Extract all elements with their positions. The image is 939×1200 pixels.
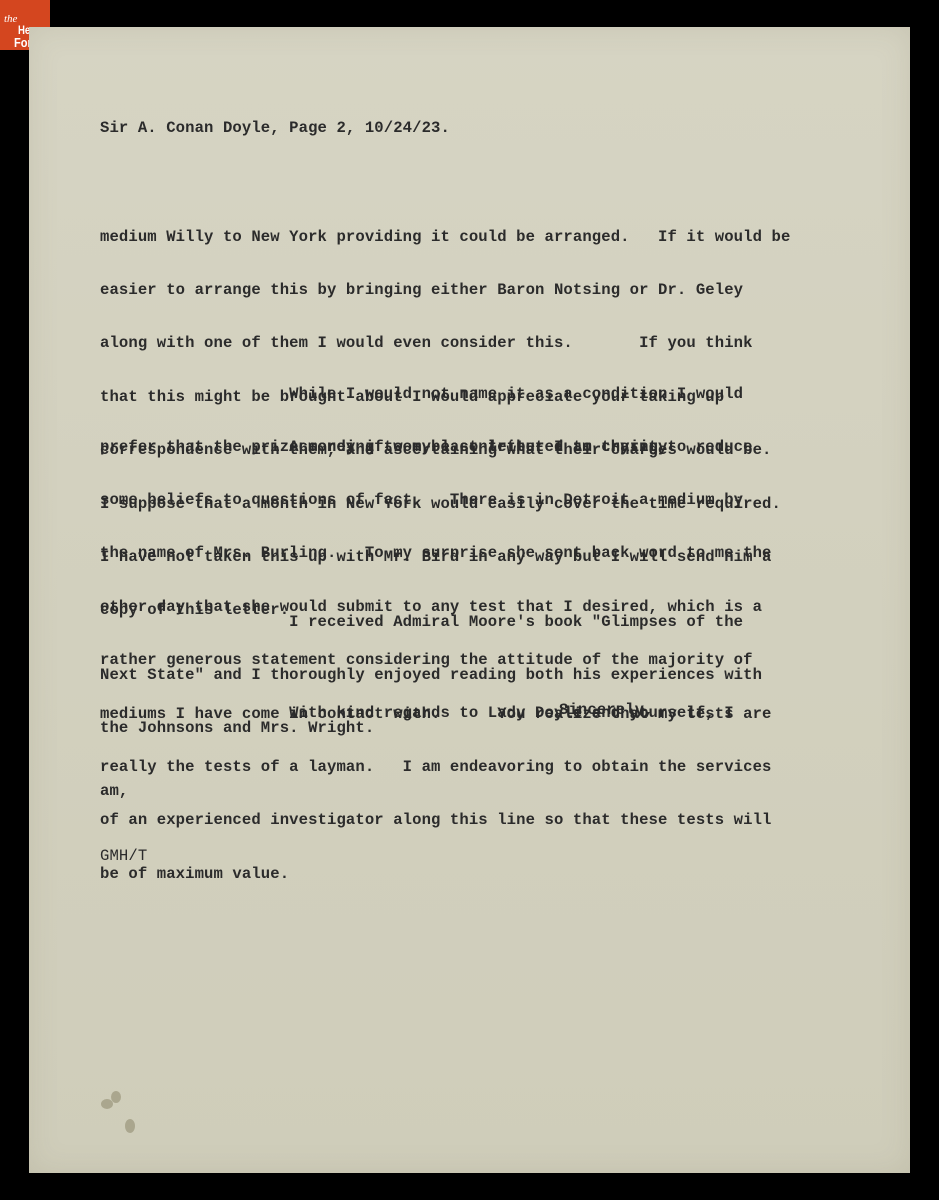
paper-stain [125,1119,135,1133]
line: I received Admiral Moore's book "Glimpse… [100,614,762,632]
line: According to my last letter I am trying … [100,439,772,457]
line: medium Willy to New York providing it co… [100,229,790,247]
logo-the: the [4,14,17,25]
closing: Sincerely, [559,702,654,720]
line: While I would not name it as a condition… [100,386,743,404]
paragraph-5: With kind regards to Lady Doyle and your… [100,648,734,856]
letter-page: Sir A. Conan Doyle, Page 2, 10/24/23. me… [29,27,910,1173]
paper-stain [111,1091,121,1103]
line: easier to arrange this by bringing eithe… [100,282,790,300]
typist-initials: GMH/T [100,848,147,866]
line: the name of Mrs. Burling. To my surprise… [100,545,772,563]
line: be of maximum value. [100,866,772,884]
letter-header: Sir A. Conan Doyle, Page 2, 10/24/23. [100,120,450,138]
line: some beliefs to questions of fact. There… [100,492,772,510]
line: am, [100,778,734,804]
